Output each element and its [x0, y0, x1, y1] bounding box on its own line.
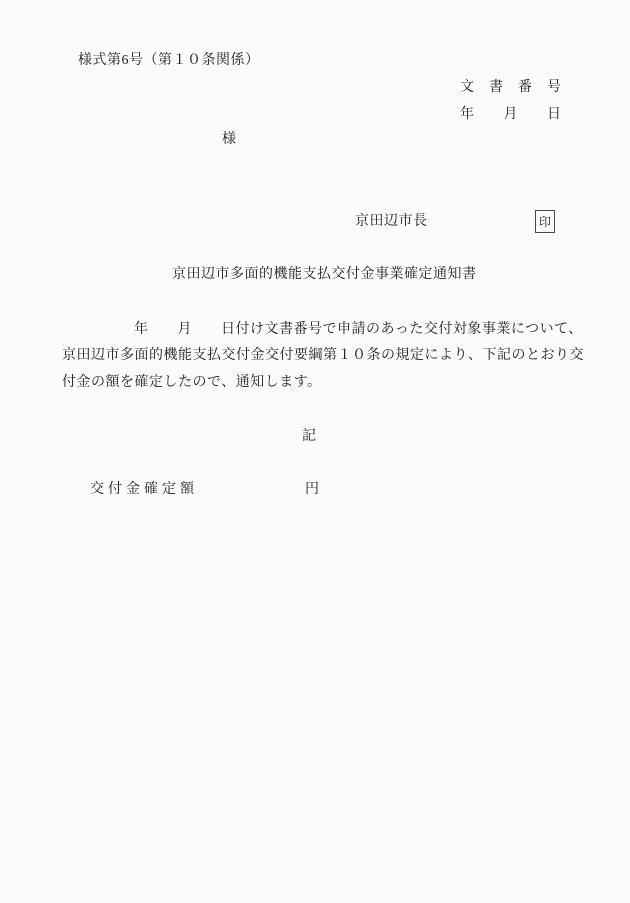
- body-paragraph-line-2: 京田辺市多面的機能支払交付金交付要綱第１０条の規定により、下記のとおり交: [62, 349, 584, 363]
- body-paragraph-line-1: 年 月 日付け文書番号で申請のあった交付対象事業について、: [134, 323, 583, 337]
- seal-label: 印: [539, 213, 551, 230]
- record-heading: 記: [302, 430, 317, 444]
- body-paragraph-line-3: 付金の額を確定したので、通知します。: [62, 376, 322, 390]
- issuer-title: 京田辺市長: [355, 215, 428, 229]
- form-number-label: 様式第6号（第１０条関係）: [78, 54, 260, 68]
- document-title: 京田辺市多面的機能支払交付金事業確定通知書: [172, 268, 477, 282]
- addressee-suffix: 様: [222, 133, 237, 147]
- grant-amount-unit-yen: 円: [305, 483, 320, 497]
- date-field: 年 月 日: [460, 108, 562, 122]
- document-page: 様式第6号（第１０条関係） 文 書 番 号 年 月 日 様 京田辺市長 印 京田…: [0, 0, 630, 903]
- seal-placeholder-box: 印: [535, 210, 555, 233]
- grant-amount-label: 交付金確定額: [90, 483, 198, 497]
- document-number-field: 文 書 番 号: [460, 81, 562, 95]
